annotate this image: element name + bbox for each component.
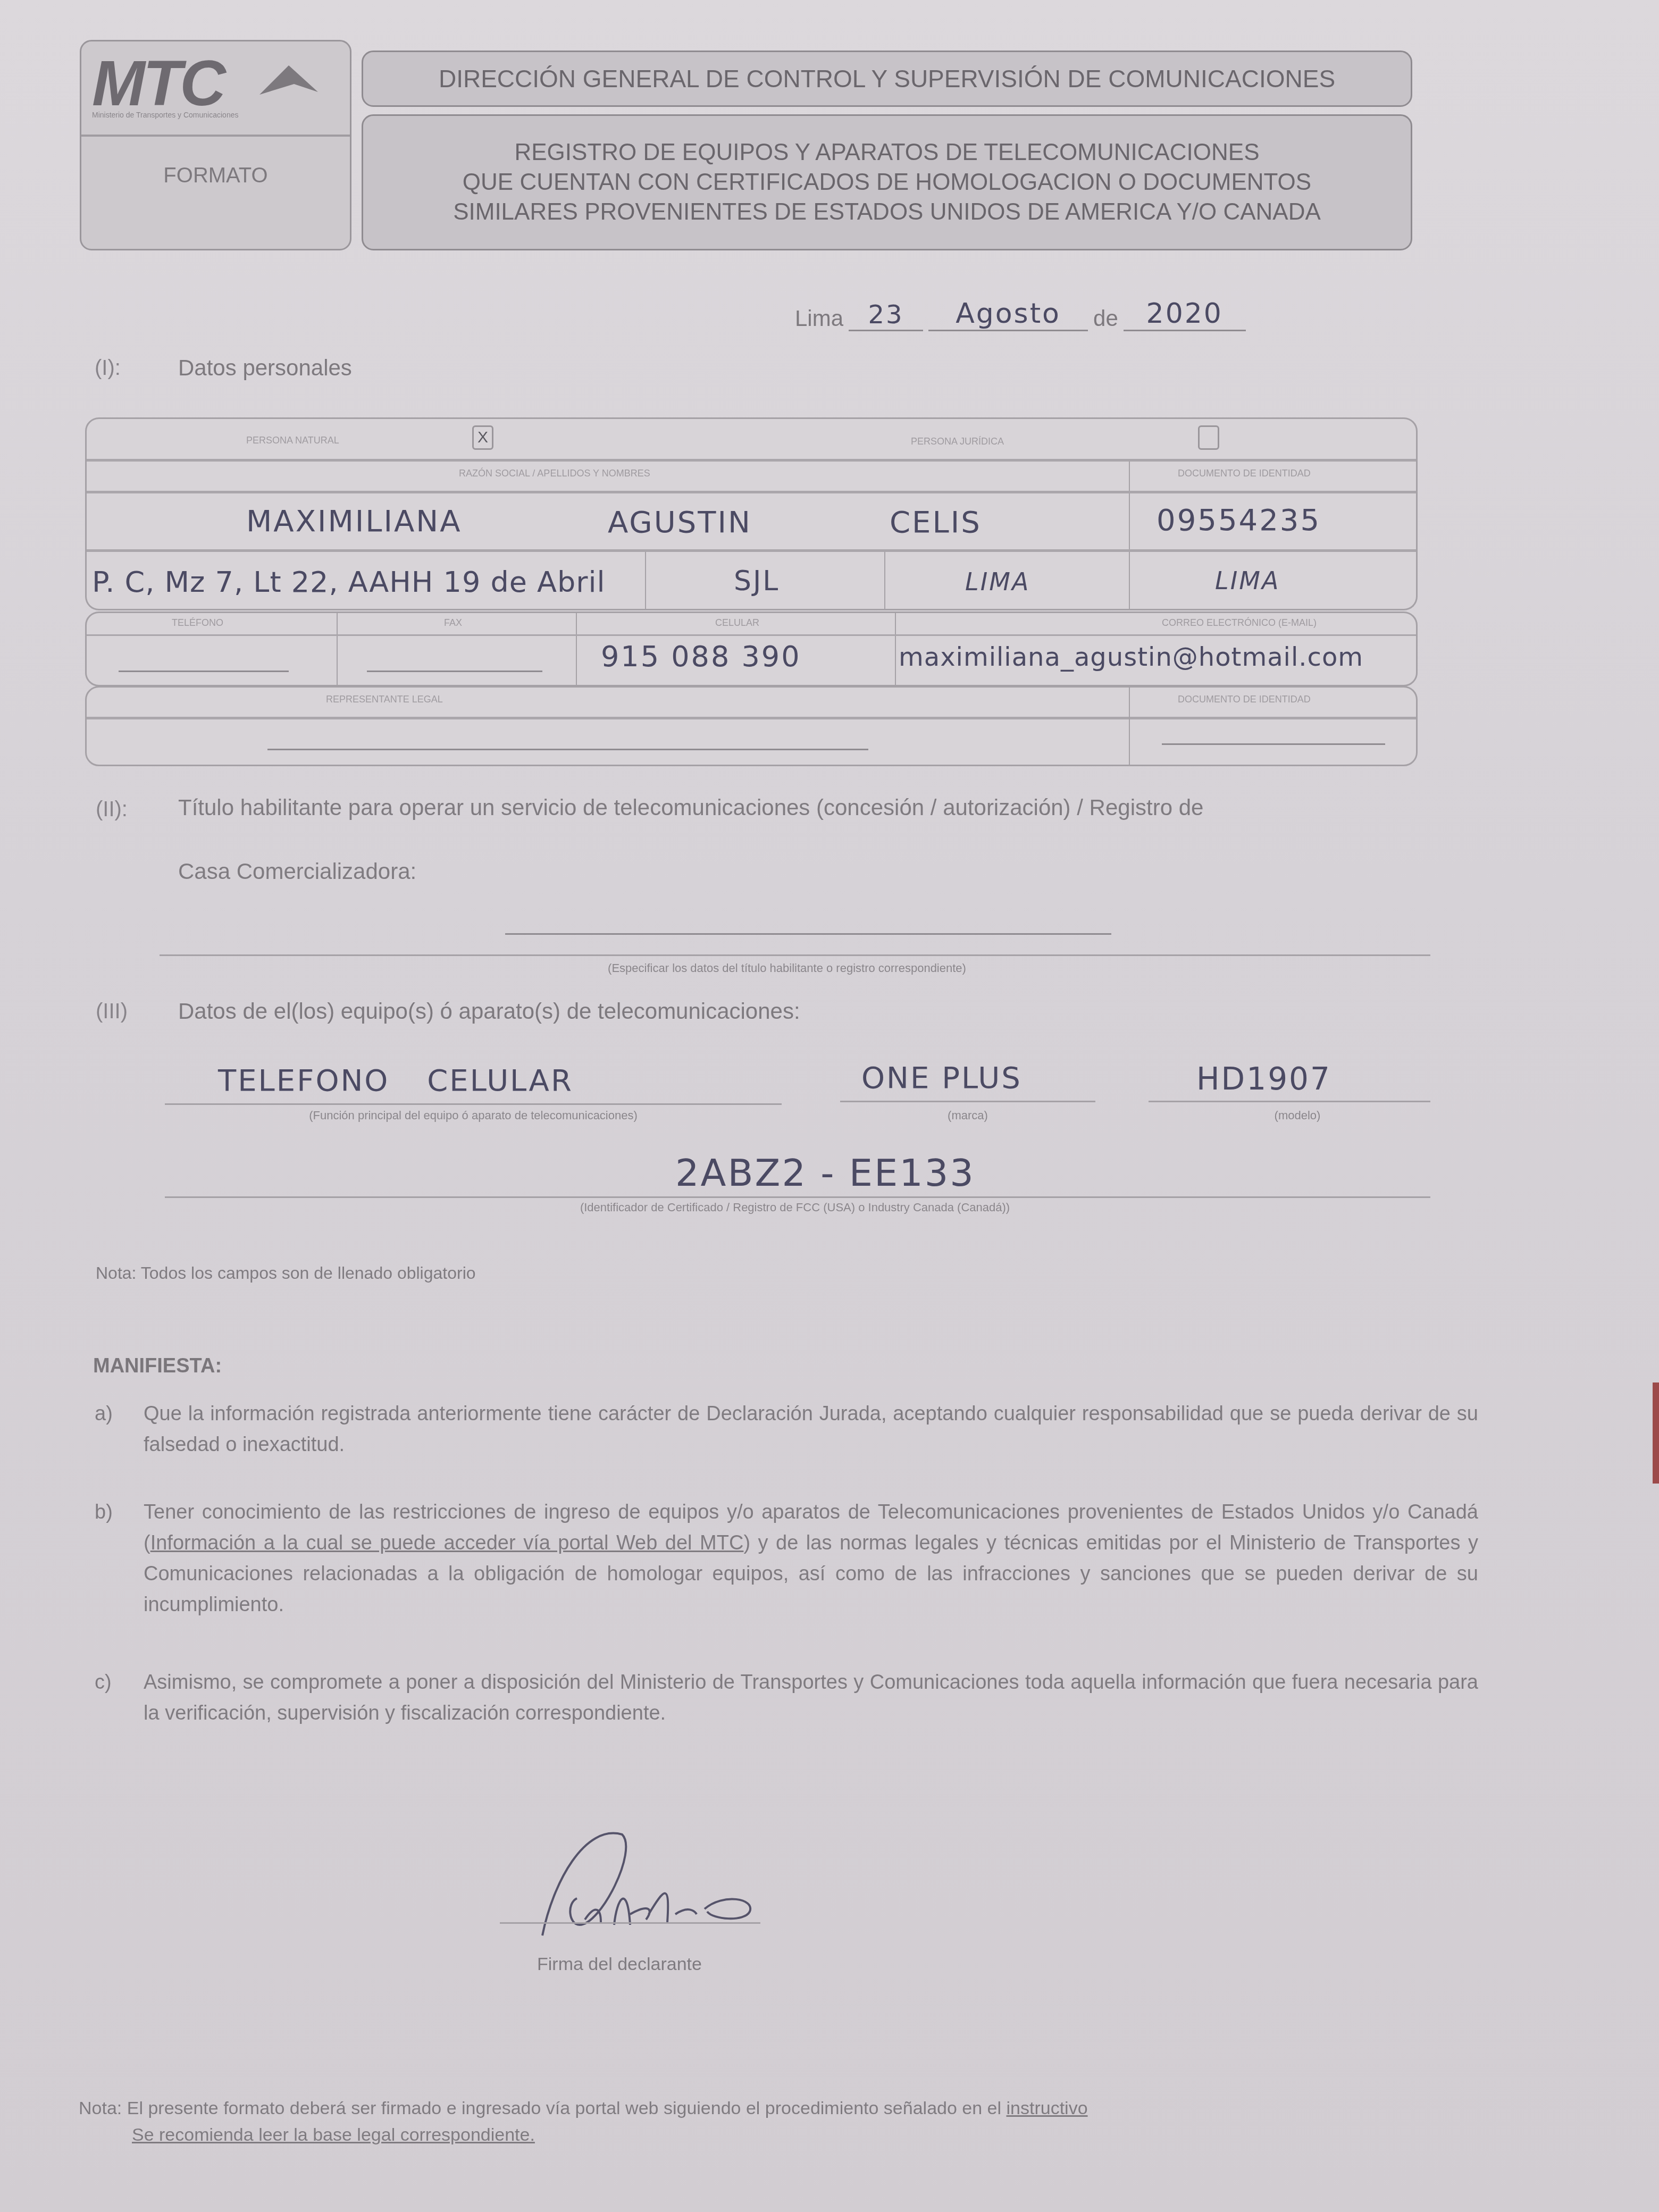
- identificador-value[interactable]: 2ABZ2 - EE133: [675, 1151, 975, 1195]
- paper-sheet: [0, 0, 1659, 2212]
- doc-label: DOCUMENTO DE IDENTIDAD: [1178, 468, 1311, 479]
- manifiesta-title: MANIFIESTA:: [93, 1351, 222, 1381]
- doc-value[interactable]: 09554235: [1157, 503, 1321, 538]
- correo-value[interactable]: maximiliana_agustin@hotmail.com: [899, 642, 1363, 672]
- mandatory-note: Nota: Todos los campos son de llenado ob…: [96, 1258, 476, 1288]
- celular-value[interactable]: 915 088 390: [601, 640, 801, 673]
- marca-field[interactable]: [840, 1101, 1095, 1102]
- fax-cell: FAX: [337, 613, 577, 685]
- rep-doc-cell: DOCUMENTO DE IDENTIDAD: [1129, 688, 1417, 765]
- manifiesta-a-text: Que la información registrada anteriorme…: [144, 1398, 1478, 1460]
- form-title-line: SIMILARES PROVENIENTES DE ESTADOS UNIDOS…: [453, 197, 1321, 227]
- directorate-banner: DIRECCIÓN GENERAL DE CONTROL Y SUPERVISI…: [362, 51, 1412, 107]
- format-label: FORMATO: [81, 164, 350, 188]
- signature-line: [500, 1922, 760, 1924]
- provincia-value[interactable]: LIMA: [965, 567, 1030, 596]
- persona-juridica-label: PERSONA JURÍDICA: [911, 436, 1004, 447]
- logo-area: MTC Ministerio de Transportes y Comunica…: [81, 41, 350, 137]
- distrito-value-cell: SJL: [645, 556, 885, 609]
- titulo-handwritten-dash: [505, 933, 1111, 935]
- departamento-value[interactable]: LIMA: [1215, 566, 1280, 595]
- date-line: Lima 23 Agosto de 2020: [795, 298, 1246, 331]
- date-month-field[interactable]: Agosto: [928, 298, 1088, 331]
- mtc-logo: MTC: [92, 47, 224, 120]
- manifiesta-c-marker: c): [95, 1667, 112, 1698]
- date-year-field[interactable]: 2020: [1124, 298, 1246, 331]
- section-2-title-line2: Casa Comercializadora:: [178, 856, 416, 887]
- representante-blank[interactable]: [267, 749, 868, 750]
- address-value-row: P. C, Mz 7, Lt 22, AAHH 19 de Abril SJL …: [85, 556, 1418, 610]
- identificador-hint: (Identificador de Certificado / Registro…: [436, 1201, 1154, 1214]
- rep-doc-label: DOCUMENTO DE IDENTIDAD: [1178, 694, 1311, 705]
- section-2-hint: (Especificar los datos del título habili…: [489, 961, 1085, 975]
- persona-juridica-checkbox[interactable]: [1198, 425, 1219, 450]
- correo-cell: CORREO ELECTRÓNICO (E-MAIL) maximiliana_…: [895, 613, 1417, 685]
- manifiesta-c-text: Asimismo, se compromete a poner a dispos…: [144, 1667, 1478, 1729]
- contact-divider: [87, 634, 1416, 636]
- celular-cell: CELULAR 915 088 390: [576, 613, 896, 685]
- persona-natural-checkbox[interactable]: X: [472, 425, 493, 450]
- footer-prefix: Nota:: [79, 2098, 122, 2118]
- modelo-field[interactable]: [1149, 1101, 1430, 1102]
- base-legal-link[interactable]: Se recomienda leer la base legal corresp…: [132, 2125, 535, 2145]
- date-day-field[interactable]: 23: [849, 300, 923, 331]
- name-label: RAZÓN SOCIAL / APELLIDOS Y NOMBRES: [459, 468, 650, 479]
- section-1-title: Datos personales: [178, 355, 352, 381]
- distrito-value[interactable]: SJL: [734, 565, 780, 597]
- fax-label: FAX: [444, 617, 462, 629]
- provincia-value-cell: LIMA: [884, 556, 1130, 609]
- form-title-banner: REGISTRO DE EQUIPOS Y APARATOS DE TELECO…: [362, 114, 1412, 250]
- mtc-portal-link[interactable]: Información a la cual se puede acceder v…: [150, 1532, 744, 1554]
- mtc-wing-icon: [257, 60, 321, 97]
- logo-subtitle: Ministerio de Transportes y Comunicacion…: [92, 111, 238, 119]
- form-title-line: REGISTRO DE EQUIPOS Y APARATOS DE TELECO…: [515, 138, 1260, 167]
- telefono-label: TELÉFONO: [172, 617, 223, 629]
- marca-value[interactable]: ONE PLUS: [861, 1061, 1022, 1095]
- marca-hint: (marca): [893, 1109, 1042, 1122]
- footer-note: Nota: El presente formato deberá ser fir…: [79, 2095, 1461, 2148]
- domicilio-value[interactable]: P. C, Mz 7, Lt 22, AAHH 19 de Abril: [92, 565, 606, 599]
- modelo-hint: (modelo): [1218, 1109, 1377, 1122]
- footer-text: El presente formato deberá ser firmado e…: [127, 2098, 1001, 2118]
- first-name-value[interactable]: MAXIMILIANA: [246, 504, 462, 539]
- date-connector: de: [1093, 306, 1118, 331]
- date-city: Lima: [795, 306, 843, 331]
- representante-label: REPRESENTANTE LEGAL: [326, 694, 443, 705]
- signature-text: M Agustin: [521, 1819, 558, 1821]
- signature-scribble[interactable]: M Agustin: [521, 1819, 787, 1957]
- section-3-title: Datos de el(los) equipo(s) ó aparato(s) …: [178, 999, 800, 1024]
- maternal-surname-value[interactable]: CELIS: [890, 505, 982, 540]
- section-2-number: (II):: [96, 798, 128, 822]
- rep-doc-blank[interactable]: [1162, 743, 1385, 745]
- name-label-row: RAZÓN SOCIAL / APELLIDOS Y NOMBRES DOCUM…: [87, 459, 1416, 493]
- paternal-surname-value[interactable]: AGUSTIN: [608, 505, 752, 540]
- name-value-row: MAXIMILIANA AGUSTIN CELIS 09554235: [87, 491, 1416, 552]
- funcion-hint: (Función principal del equipo ó aparato …: [207, 1109, 739, 1122]
- titulo-habilitante-field[interactable]: [160, 954, 1430, 956]
- correo-label: CORREO ELECTRÓNICO (E-MAIL): [1162, 617, 1317, 629]
- section-2-title-line1: Título habilitante para operar un servic…: [178, 792, 1417, 823]
- logo-box: MTC Ministerio de Transportes y Comunica…: [80, 40, 351, 250]
- fax-blank[interactable]: [367, 671, 542, 672]
- manifiesta-a-marker: a): [95, 1398, 113, 1429]
- section-3-number: (III): [96, 1000, 128, 1024]
- representative-table: REPRESENTANTE LEGAL DOCUMENTO DE IDENTID…: [85, 686, 1418, 766]
- background-edge: [1653, 1382, 1659, 1484]
- section-1-number: (I):: [95, 356, 121, 380]
- modelo-value[interactable]: HD1907: [1196, 1061, 1331, 1097]
- manifiesta-b-marker: b): [95, 1497, 113, 1528]
- contact-table: TELÉFONO FAX CELULAR 915 088 390 CORREO …: [85, 611, 1418, 686]
- persona-natural-label: PERSONA NATURAL: [246, 435, 339, 446]
- instructivo-link[interactable]: instructivo: [1007, 2098, 1088, 2118]
- departamento-value-cell: LIMA: [1129, 556, 1417, 609]
- manifiesta-b-text: Tener conocimiento de las restricciones …: [144, 1497, 1478, 1620]
- funcion-value[interactable]: TELEFONO CELULAR: [218, 1063, 573, 1098]
- doc-value-cell: 09554235: [1129, 493, 1417, 552]
- form-title-line: QUE CUENTAN CON CERTIFICADOS DE HOMOLOGA…: [463, 167, 1311, 197]
- funcion-field[interactable]: [165, 1103, 782, 1105]
- celular-label: CELULAR: [715, 617, 759, 629]
- signature-label: Firma del declarante: [537, 1949, 702, 1980]
- doc-label-cell: DOCUMENTO DE IDENTIDAD: [1129, 462, 1417, 493]
- telefono-blank[interactable]: [119, 671, 289, 672]
- identificador-field[interactable]: [165, 1196, 1430, 1198]
